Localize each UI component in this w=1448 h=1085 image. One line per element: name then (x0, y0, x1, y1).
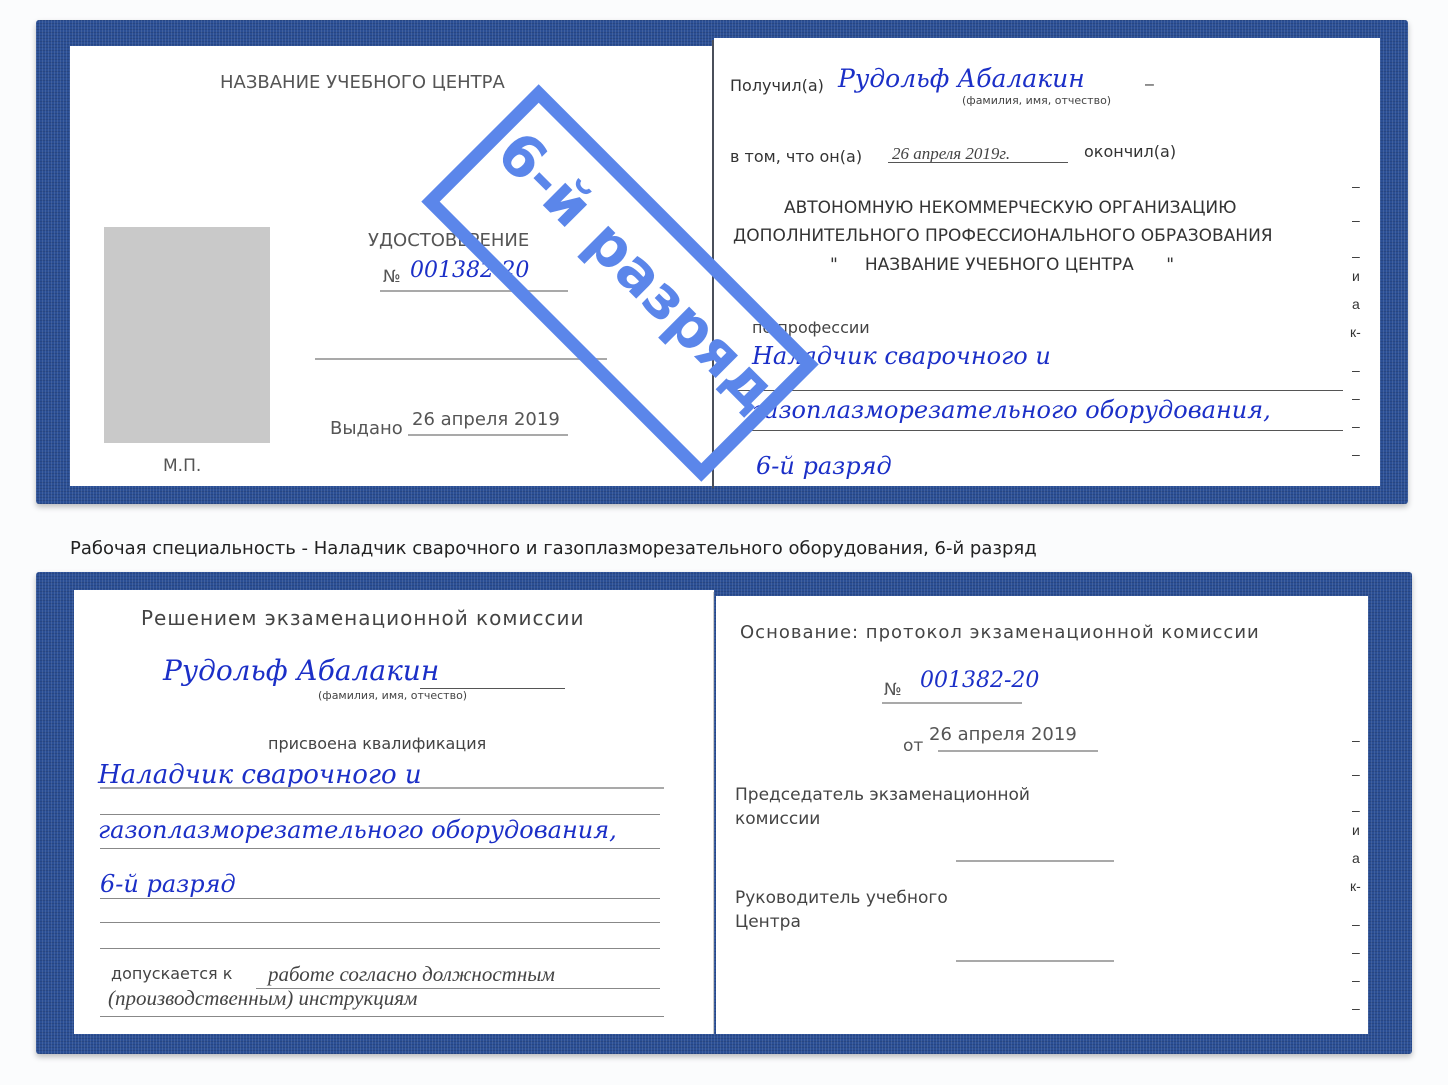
signature-line (315, 358, 607, 360)
edge-mark: – (1352, 212, 1360, 228)
protocol-recipient: Рудольф Абалакин (163, 654, 439, 687)
edge-mark: а (1352, 296, 1360, 312)
head-signature-line (956, 960, 1114, 962)
admitted-line-1: работе согласно должностным (268, 962, 555, 987)
org-line-1: АВТОНОМНУЮ НЕКОММЕРЧЕСКУЮ ОРГАНИЗАЦИЮ (784, 198, 1236, 218)
qualification-line-2: газоплазморезательного оборудования, (98, 816, 617, 844)
edge-mark: к- (1350, 878, 1361, 894)
received-label: Получил(а) (730, 76, 824, 95)
dash-mark: – (1145, 76, 1154, 94)
edge-mark: – (1352, 972, 1360, 988)
protocol-spine (713, 592, 714, 1034)
qualification-underline-3 (100, 898, 660, 899)
head-line-1: Руководитель учебного (735, 888, 948, 908)
profession-line-2: газоплазморезательного оборудования, (752, 396, 1271, 424)
qualification-underline-2 (100, 848, 660, 849)
admitted-underline-2 (100, 1016, 664, 1017)
protocol-date-underline (938, 750, 1098, 752)
protocol-name-hint: (фамилия, имя, отчество) (318, 689, 467, 702)
seal-label: М.П. (163, 456, 201, 476)
issued-date: 26 апреля 2019 (412, 409, 560, 430)
issued-underline (408, 434, 568, 436)
edge-mark: и (1352, 268, 1360, 284)
edge-mark: – (1352, 362, 1360, 378)
finished-label: окончил(а) (1084, 142, 1176, 161)
qualification-underline-4 (100, 922, 660, 923)
qualification-label: присвоена квалификация (268, 734, 486, 753)
that-label: в том, что он(а) (730, 147, 862, 166)
qualification-underline-5 (100, 948, 660, 949)
center-name: НАЗВАНИЕ УЧЕБНОГО ЦЕНТРА (220, 72, 505, 93)
head-line-2: Центра (735, 912, 801, 932)
protocol-number-label: № (884, 680, 902, 700)
qualification-underline-1b (100, 814, 660, 815)
qualification-line-1: Наладчик сварочного и (98, 760, 422, 790)
edge-mark: – (1352, 178, 1360, 194)
qualification-underline-1 (100, 787, 664, 789)
org-line-2: ДОПОЛНИТЕЛЬНОГО ПРОФЕССИОНАЛЬНОГО ОБРАЗО… (733, 226, 1273, 246)
chairman-line-1: Председатель экзаменационной (735, 785, 1030, 805)
edge-mark: – (1352, 1000, 1360, 1016)
edge-mark: – (1352, 944, 1360, 960)
issued-label: Выдано (330, 418, 403, 439)
from-label: от (903, 736, 923, 756)
chairman-signature-line (956, 860, 1114, 862)
name-hint: (фамилия, имя, отчество) (962, 94, 1111, 107)
profession-line-3: 6-й разряд (756, 452, 892, 480)
protocol-number-underline (882, 702, 1022, 704)
admitted-label: допускается к (111, 964, 232, 983)
date-underline (888, 162, 1068, 163)
specialty-caption: Рабочая специальность - Наладчик сварочн… (70, 534, 1110, 564)
edge-mark: – (1352, 446, 1360, 462)
chairman-line-2: комиссии (735, 809, 820, 829)
edge-mark: и (1352, 822, 1360, 838)
edge-mark: – (1352, 390, 1360, 406)
org-line-3: " НАЗВАНИЕ УЧЕБНОГО ЦЕНТРА " (830, 255, 1174, 275)
edge-mark: – (1352, 766, 1360, 782)
basis-text: Основание: протокол экзаменационной коми… (740, 622, 1260, 643)
admitted-line-2: (производственным) инструкциям (108, 986, 417, 1011)
edge-mark: к- (1350, 324, 1361, 340)
photo-placeholder (104, 227, 270, 443)
profession-underline-1 (735, 390, 1343, 391)
completion-date: 26 апреля 2019г. (892, 144, 1010, 164)
edge-mark: – (1352, 248, 1360, 264)
edge-mark: – (1352, 802, 1360, 818)
profession-underline-2 (735, 430, 1343, 431)
edge-mark: – (1352, 916, 1360, 932)
number-label: № (383, 267, 401, 287)
commission-heading: Решением экзаменационной комиссии (141, 606, 584, 630)
edge-mark: – (1352, 418, 1360, 434)
edge-mark: а (1352, 850, 1360, 866)
protocol-number: 001382-20 (920, 668, 1039, 693)
protocol-date: 26 апреля 2019 (929, 724, 1077, 745)
edge-mark: – (1352, 732, 1360, 748)
recipient-name: Рудольф Абалакин (838, 64, 1085, 93)
qualification-line-3: 6-й разряд (100, 870, 236, 898)
